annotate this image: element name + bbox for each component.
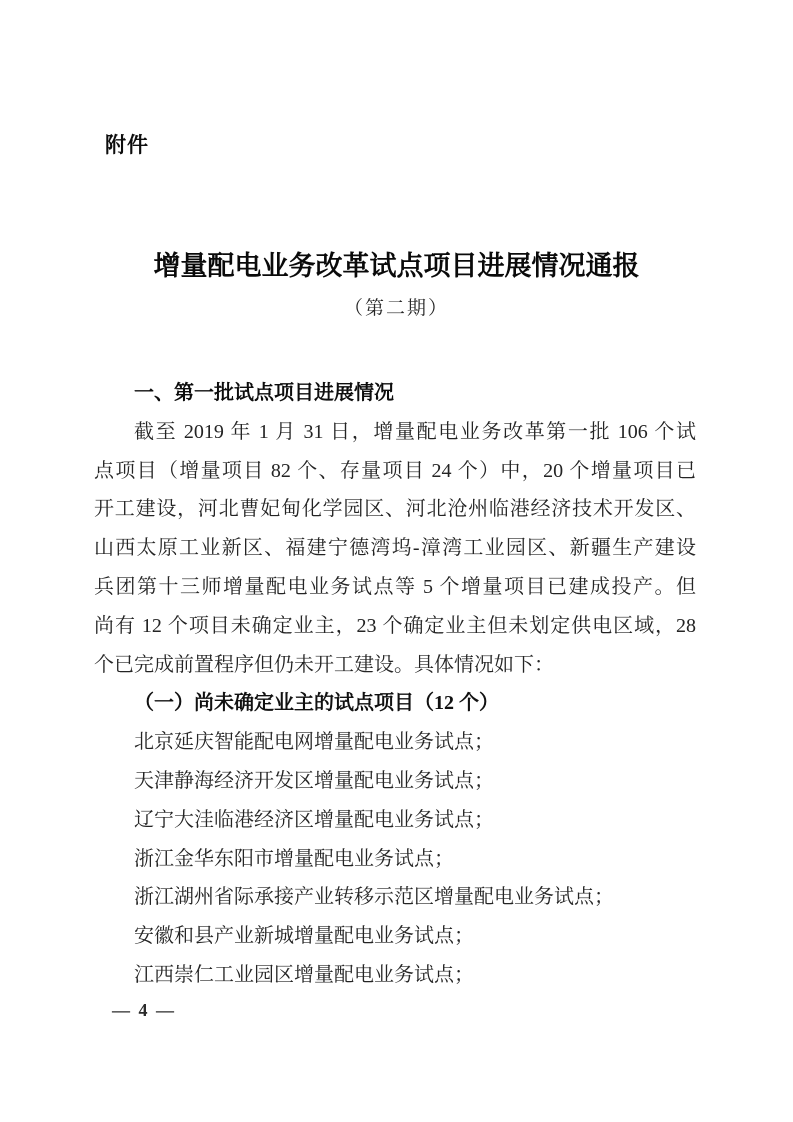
paragraph-line: 截至 2019 年 1 月 31 日，增量配电业务改革第一批 106 个试 [94,413,696,452]
pilot-project-item: 辽宁大洼临港经济区增量配电业务试点； [94,801,696,840]
paragraph-line: 山西太原工业新区、福建宁德湾坞-漳湾工业园区、新疆生产建设 [94,529,696,568]
document-title: 增量配电业务改革试点项目进展情况通报 [0,249,793,283]
paragraph-line: 兵团第十三师增量配电业务试点等 5 个增量项目已建成投产。但 [94,568,696,607]
pilot-project-item: 天津静海经济开发区增量配电业务试点； [94,762,696,801]
paragraph-line: 尚有 12 个项目未确定业主，23 个确定业主但未划定供电区域，28 [94,607,696,646]
section-heading: 一、第一批试点项目进展情况 [94,374,696,413]
document-subtitle: （第二期） [0,296,793,322]
page-number: — 4 — [112,998,176,1022]
attachment-label: 附件 [105,132,149,160]
pilot-project-item: 北京延庆智能配电网增量配电业务试点； [94,723,696,762]
subsection-heading: （一）尚未确定业主的试点项目（12 个） [94,684,696,723]
document-body: 一、第一批试点项目进展情况 截至 2019 年 1 月 31 日，增量配电业务改… [94,374,696,995]
paragraph-line: 开工建设，河北曹妃甸化学园区、河北沧州临港经济技术开发区、 [94,490,696,529]
document-page: 附件 增量配电业务改革试点项目进展情况通报 （第二期） 一、第一批试点项目进展情… [0,0,793,1122]
pilot-project-item: 江西崇仁工业园区增量配电业务试点； [94,956,696,995]
pilot-project-item: 安徽和县产业新城增量配电业务试点； [94,917,696,956]
paragraph-line: 点项目（增量项目 82 个、存量项目 24 个）中，20 个增量项目已 [94,452,696,491]
paragraph-line: 个已完成前置程序但仍未开工建设。具体情况如下： [94,646,696,685]
pilot-project-item: 浙江金华东阳市增量配电业务试点； [94,840,696,879]
pilot-project-item: 浙江湖州省际承接产业转移示范区增量配电业务试点； [94,878,696,917]
